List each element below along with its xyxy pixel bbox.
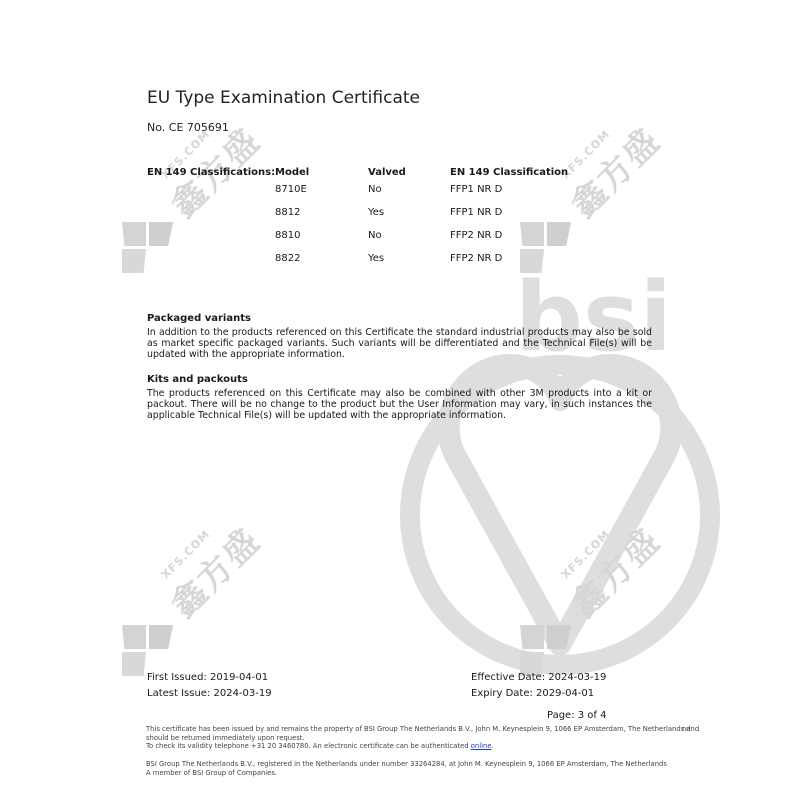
effective-date: Effective Date: 2024-03-19 — [471, 670, 606, 686]
cell-valved: No — [368, 184, 382, 195]
footer-legal: This certificate has been issued by and … — [146, 725, 699, 751]
certificate-number: No. CE 705691 — [147, 121, 229, 134]
footer-line-1-tail: nd — [682, 725, 691, 733]
xfs-brand-watermark: XFS.COM 鑫方盛 — [549, 106, 669, 226]
cell-classification: FFP1 NR D — [450, 207, 502, 218]
tile-watermark — [520, 222, 572, 274]
validity-dates: Effective Date: 2024-03-19 Expiry Date: … — [471, 670, 606, 702]
header-classification: EN 149 Classification — [450, 167, 568, 178]
cell-valved: Yes — [368, 253, 384, 264]
cell-model: 8810 — [275, 230, 300, 241]
cell-model: 8710E — [275, 184, 307, 195]
issue-dates: First Issued: 2019-04-01 Latest Issue: 2… — [147, 670, 272, 702]
cell-valved: No — [368, 230, 382, 241]
classifications-label: EN 149 Classifications: — [147, 167, 275, 178]
certificate-title: EU Type Examination Certificate — [147, 88, 420, 108]
first-issued: First Issued: 2019-04-01 — [147, 670, 272, 686]
packaged-variants-body: In addition to the products referenced o… — [147, 327, 652, 360]
cell-valved: Yes — [368, 207, 384, 218]
footer-company: BSI Group The Netherlands B.V., register… — [146, 760, 667, 777]
footer-line-3: To check its validity telephone +31 20 3… — [146, 742, 699, 751]
bsi-kitemark-watermark: bsi — [395, 255, 725, 695]
company-membership: A member of BSI Group of Companies. — [146, 769, 667, 778]
cell-classification: FFP2 NR D — [450, 230, 502, 241]
online-authentication-link[interactable]: online — [471, 742, 492, 750]
tile-watermark — [122, 222, 174, 274]
header-model: Model — [275, 167, 309, 178]
cell-classification: FFP1 NR D — [450, 184, 502, 195]
kits-packouts-body: The products referenced on this Certific… — [147, 388, 652, 421]
cell-classification: FFP2 NR D — [450, 253, 502, 264]
cell-model: 8822 — [275, 253, 300, 264]
cell-model: 8812 — [275, 207, 300, 218]
latest-issue: Latest Issue: 2024-03-19 — [147, 686, 272, 702]
expiry-date: Expiry Date: 2029-04-01 — [471, 686, 606, 702]
xfs-brand-watermark: XFS.COM 鑫方盛 — [149, 506, 269, 626]
kits-packouts-heading: Kits and packouts — [147, 374, 248, 385]
xfs-brand-watermark: XFS.COM 鑫方盛 — [549, 506, 669, 626]
header-valved: Valved — [368, 167, 406, 178]
footer-line-1: This certificate has been issued by and … — [146, 725, 699, 734]
company-registration: BSI Group The Netherlands B.V., register… — [146, 760, 667, 769]
footer-line-2: should be returned immediately upon requ… — [146, 734, 699, 743]
packaged-variants-heading: Packaged variants — [147, 313, 251, 324]
page-number: Page: 3 of 4 — [547, 710, 606, 721]
